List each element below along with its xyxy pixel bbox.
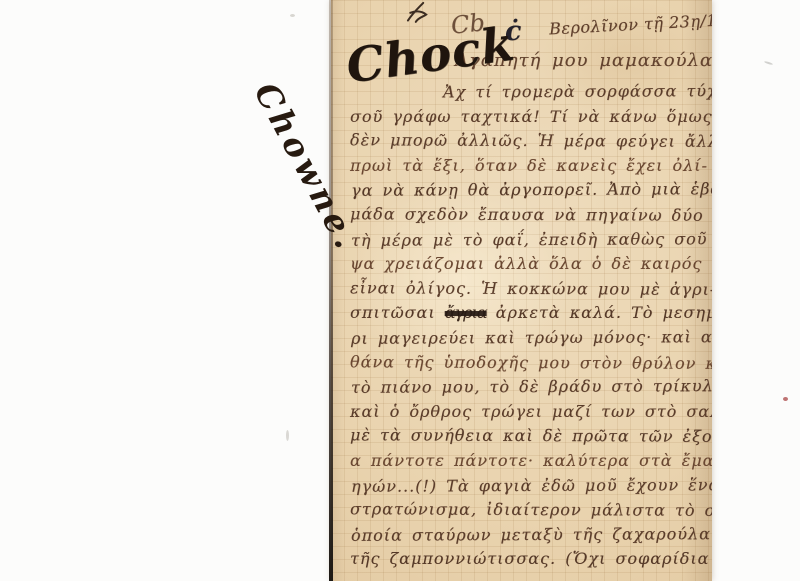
- handwritten-line: δὲν μπορῶ ἀλλιῶς. Ἡ μέρα φεύγει ἄλλη νὰ: [350, 128, 710, 154]
- handwritten-line: εἶναι ὀλίγος. Ἡ κοκκώνα μου μὲ ἀγρι-: [350, 276, 710, 302]
- handwritten-line: μὲ τὰ συνήθεια καὶ δὲ πρῶτα τῶν ἐξοί-: [350, 424, 710, 450]
- strike-line-before: σπιτῶσαι: [350, 303, 445, 322]
- handwritten-line: τῆς ζαμποννιώτισσας. (Ὄχι σοφαρίδια μαμά: [350, 547, 710, 572]
- handwritten-line: στρατώνισμα, ἰδιαίτερον μάλιστα τὸ σπίτι…: [350, 497, 710, 523]
- handwritten-line: καὶ ὁ ὄρθρος τρώγει μαζί των στὸ σαλόνι …: [350, 400, 710, 425]
- scan-artifact-smudge: [286, 430, 289, 441]
- struck-word: ἄγρια: [445, 303, 487, 322]
- scan-artifact-red-dot: [783, 397, 788, 401]
- letter-body: Ἀχ τί τρομερὰ σορφάσσα τύχῃ σὰν δῶ σοῦ γ…: [350, 80, 710, 572]
- handwritten-line: τὴ μέρα μὲ τὸ φαΐ, ἐπειδὴ καθὼς σοῦ ἔγρα…: [351, 227, 711, 253]
- scan-artifact-smudge: [290, 14, 295, 17]
- dateline: Βερολῖνον τῇ 23ῃ/1/923: [549, 9, 712, 39]
- handwritten-line: γα νὰ κάνῃ θὰ ἀργοπορεῖ. Ἀπὸ μιὰ ἑβδο-: [351, 178, 711, 204]
- handwritten-line: τὸ πιάνο μου, τὸ δὲ βράδυ στὸ τρίκυλον: [351, 374, 711, 400]
- strike-line-after: ἀρκετὰ καλά. Τὸ μεσημέ-: [487, 303, 712, 322]
- scanned-letter-screenshot: Βερολῖνον τῇ 23ῃ/1/923 Ἀγαπητή μου μαμακ…: [0, 0, 800, 581]
- handwritten-line: ὁποία σταύρων μεταξὺ τῆς ζαχαρούλας καὶ: [351, 522, 711, 548]
- paper-left-edge-shadow: [329, 0, 333, 581]
- handwritten-line: ρι μαγειρεύει καὶ τρώγω μόνος· καὶ αὐ-: [351, 325, 711, 351]
- handwritten-line: σοῦ γράφω ταχτικά! Τί νὰ κάνω ὅμως: [350, 105, 710, 130]
- handwritten-line: α πάντοτε πάντοτε· καλύτερα στὰ ἔμαθα: [350, 449, 710, 474]
- handwritten-line: θάνα τῆς ὑποδοχῆς μου στὸν θρύλον καὶ: [350, 350, 710, 376]
- handwritten-line: μάδα σχεδὸν ἔπαυσα νὰ πηγαίνω δύο φορές,: [350, 202, 710, 228]
- handwritten-line: ηγών...(!) Τὰ φαγιὰ ἐδῶ μοῦ ἔχουν ἕνα: [351, 473, 711, 499]
- scan-artifact-smudge: [764, 61, 773, 66]
- handwritten-line: ψα χρειάζομαι ἀλλὰ ὅλα ὁ δὲ καιρός μου: [350, 252, 710, 277]
- handwritten-line: πρωὶ τὰ ἕξι, ὅταν δὲ κανεὶς ἔχει ὀλί-: [350, 154, 710, 179]
- handwritten-line-with-strikeout: σπιτῶσαι ἄγρια ἀρκετὰ καλά. Τὸ μεσημέ-: [350, 301, 710, 326]
